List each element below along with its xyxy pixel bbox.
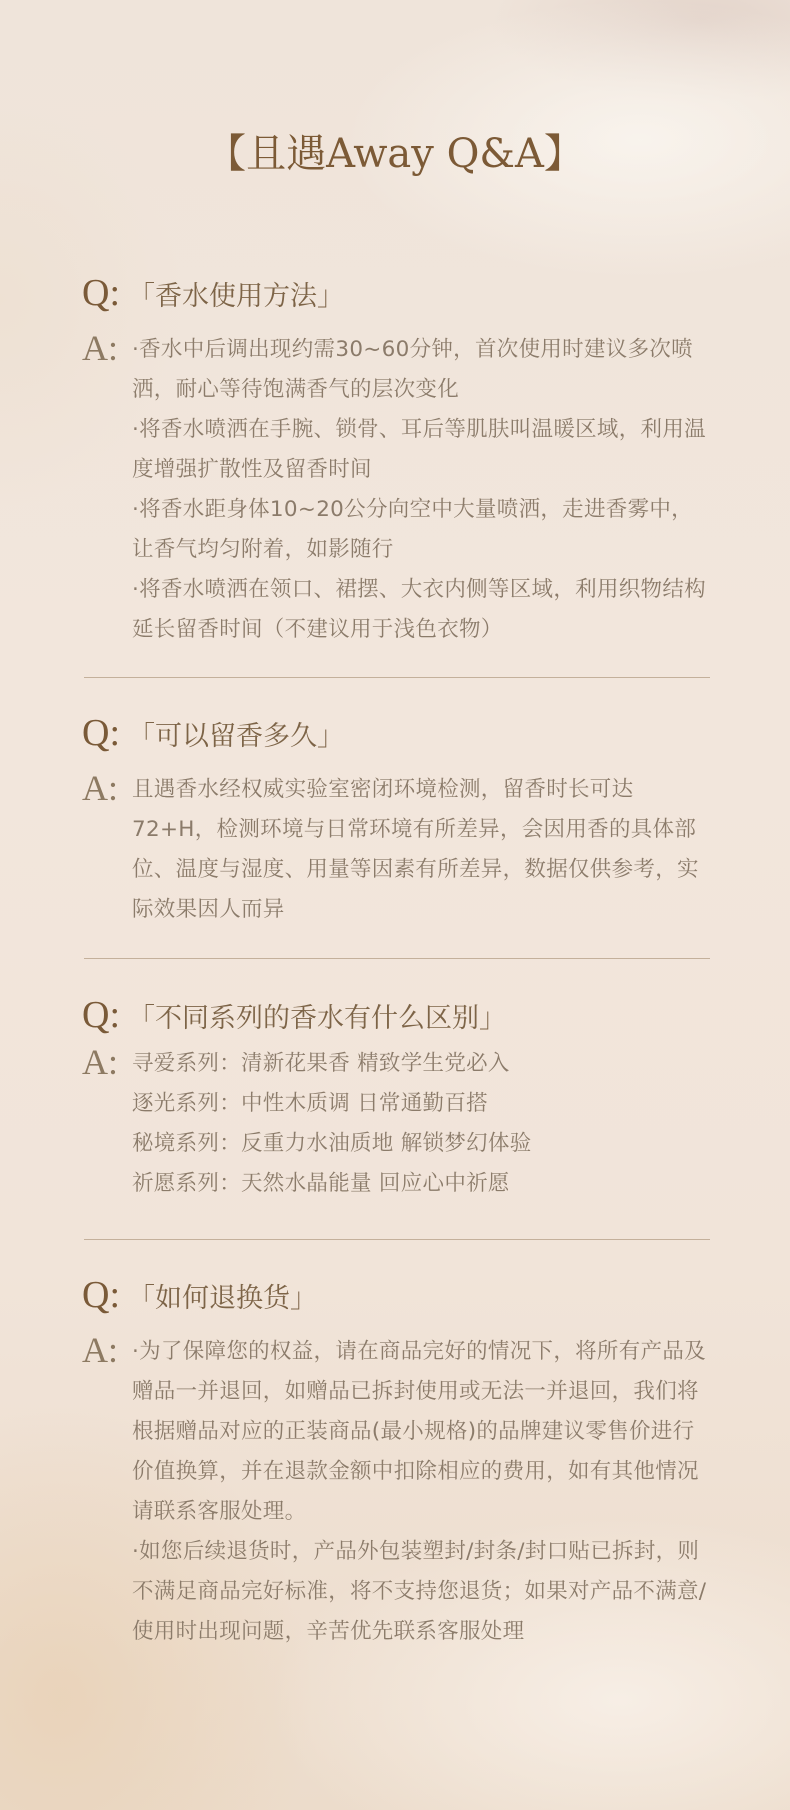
question-row: Q: 「不同系列的香水有什么区别」 bbox=[82, 990, 712, 1040]
answer-row: A: 寻爱系列：清新花果香 精致学生党必入 逐光系列：中性木质调 日常通勤百搭 … bbox=[82, 1044, 712, 1204]
answer-body: ·为了保障您的权益，请在商品完好的情况下，将所有产品及赠品一并退回，如赠品已拆封… bbox=[132, 1332, 712, 1652]
answer-line: 且遇香水经权威实验室密闭环境检测，留香时长可达72+H，检测环境与日常环境有所差… bbox=[132, 770, 712, 930]
q-label: Q: bbox=[82, 1270, 130, 1320]
q-label: Q: bbox=[82, 990, 130, 1040]
qa-section-returns: Q: 「如何退换货」 A: ·为了保障您的权益，请在商品完好的情况下，将所有产品… bbox=[82, 1270, 712, 1652]
question-text: 「不同系列的香水有什么区别」 bbox=[128, 994, 506, 1044]
qa-section-usage: Q: 「香水使用方法」 A: ·香水中后调出现约需30~60分钟，首次使用时建议… bbox=[82, 268, 712, 650]
answer-line: ·将香水距身体10~20公分向空中大量喷洒，走进香雾中，让香气均匀附着，如影随行 bbox=[132, 490, 712, 570]
answer-row: A: ·为了保障您的权益，请在商品完好的情况下，将所有产品及赠品一并退回，如赠品… bbox=[82, 1332, 712, 1652]
a-label: A: bbox=[82, 768, 132, 808]
question-text: 「可以留香多久」 bbox=[128, 712, 344, 762]
question-text: 「香水使用方法」 bbox=[128, 272, 344, 322]
answer-body: 且遇香水经权威实验室密闭环境检测，留香时长可达72+H，检测环境与日常环境有所差… bbox=[132, 770, 712, 930]
series-line-xunai: 寻爱系列：清新花果香 精致学生党必入 bbox=[132, 1044, 712, 1084]
qa-section-longevity: Q: 「可以留香多久」 A: 且遇香水经权威实验室密闭环境检测，留香时长可达72… bbox=[82, 708, 712, 930]
answer-line: ·将香水喷洒在领口、裙摆、大衣内侧等区域，利用织物结构延长留香时间（不建议用于浅… bbox=[132, 570, 712, 650]
a-label: A: bbox=[82, 1042, 132, 1082]
answer-row: A: ·香水中后调出现约需30~60分钟，首次使用时建议多次喷洒，耐心等待饱满香… bbox=[82, 330, 712, 650]
series-line-zhuguang: 逐光系列：中性木质调 日常通勤百搭 bbox=[132, 1084, 712, 1124]
a-label: A: bbox=[82, 328, 132, 368]
answer-line: ·香水中后调出现约需30~60分钟，首次使用时建议多次喷洒，耐心等待饱满香气的层… bbox=[132, 330, 712, 410]
question-row: Q: 「如何退换货」 bbox=[82, 1270, 712, 1320]
divider bbox=[84, 958, 710, 959]
a-label: A: bbox=[82, 1330, 132, 1370]
series-line-mijing: 秘境系列：反重力水油质地 解锁梦幻体验 bbox=[132, 1124, 712, 1164]
answer-line: ·如您后续退货时，产品外包装塑封/封条/封口贴已拆封，则不满足商品完好标准，将不… bbox=[132, 1532, 712, 1652]
answer-line: ·为了保障您的权益，请在商品完好的情况下，将所有产品及赠品一并退回，如赠品已拆封… bbox=[132, 1332, 712, 1532]
page-title: 【且遇Away Q&A】 bbox=[0, 128, 790, 180]
answer-line: ·将香水喷洒在手腕、锁骨、耳后等肌肤叫温暖区域，利用温度增强扩散性及留香时间 bbox=[132, 410, 712, 490]
q-label: Q: bbox=[82, 268, 130, 318]
series-line-qiyuan: 祈愿系列：天然水晶能量 回应心中祈愿 bbox=[132, 1164, 712, 1204]
answer-body: 寻爱系列：清新花果香 精致学生党必入 逐光系列：中性木质调 日常通勤百搭 秘境系… bbox=[132, 1044, 712, 1204]
question-text: 「如何退换货」 bbox=[128, 1274, 317, 1324]
answer-row: A: 且遇香水经权威实验室密闭环境检测，留香时长可达72+H，检测环境与日常环境… bbox=[82, 770, 712, 930]
divider bbox=[84, 677, 710, 678]
question-row: Q: 「香水使用方法」 bbox=[82, 268, 712, 318]
qa-section-series: Q: 「不同系列的香水有什么区别」 A: 寻爱系列：清新花果香 精致学生党必入 … bbox=[82, 990, 712, 1204]
q-label: Q: bbox=[82, 708, 130, 758]
answer-body: ·香水中后调出现约需30~60分钟，首次使用时建议多次喷洒，耐心等待饱满香气的层… bbox=[132, 330, 712, 650]
question-row: Q: 「可以留香多久」 bbox=[82, 708, 712, 758]
divider bbox=[84, 1239, 710, 1240]
